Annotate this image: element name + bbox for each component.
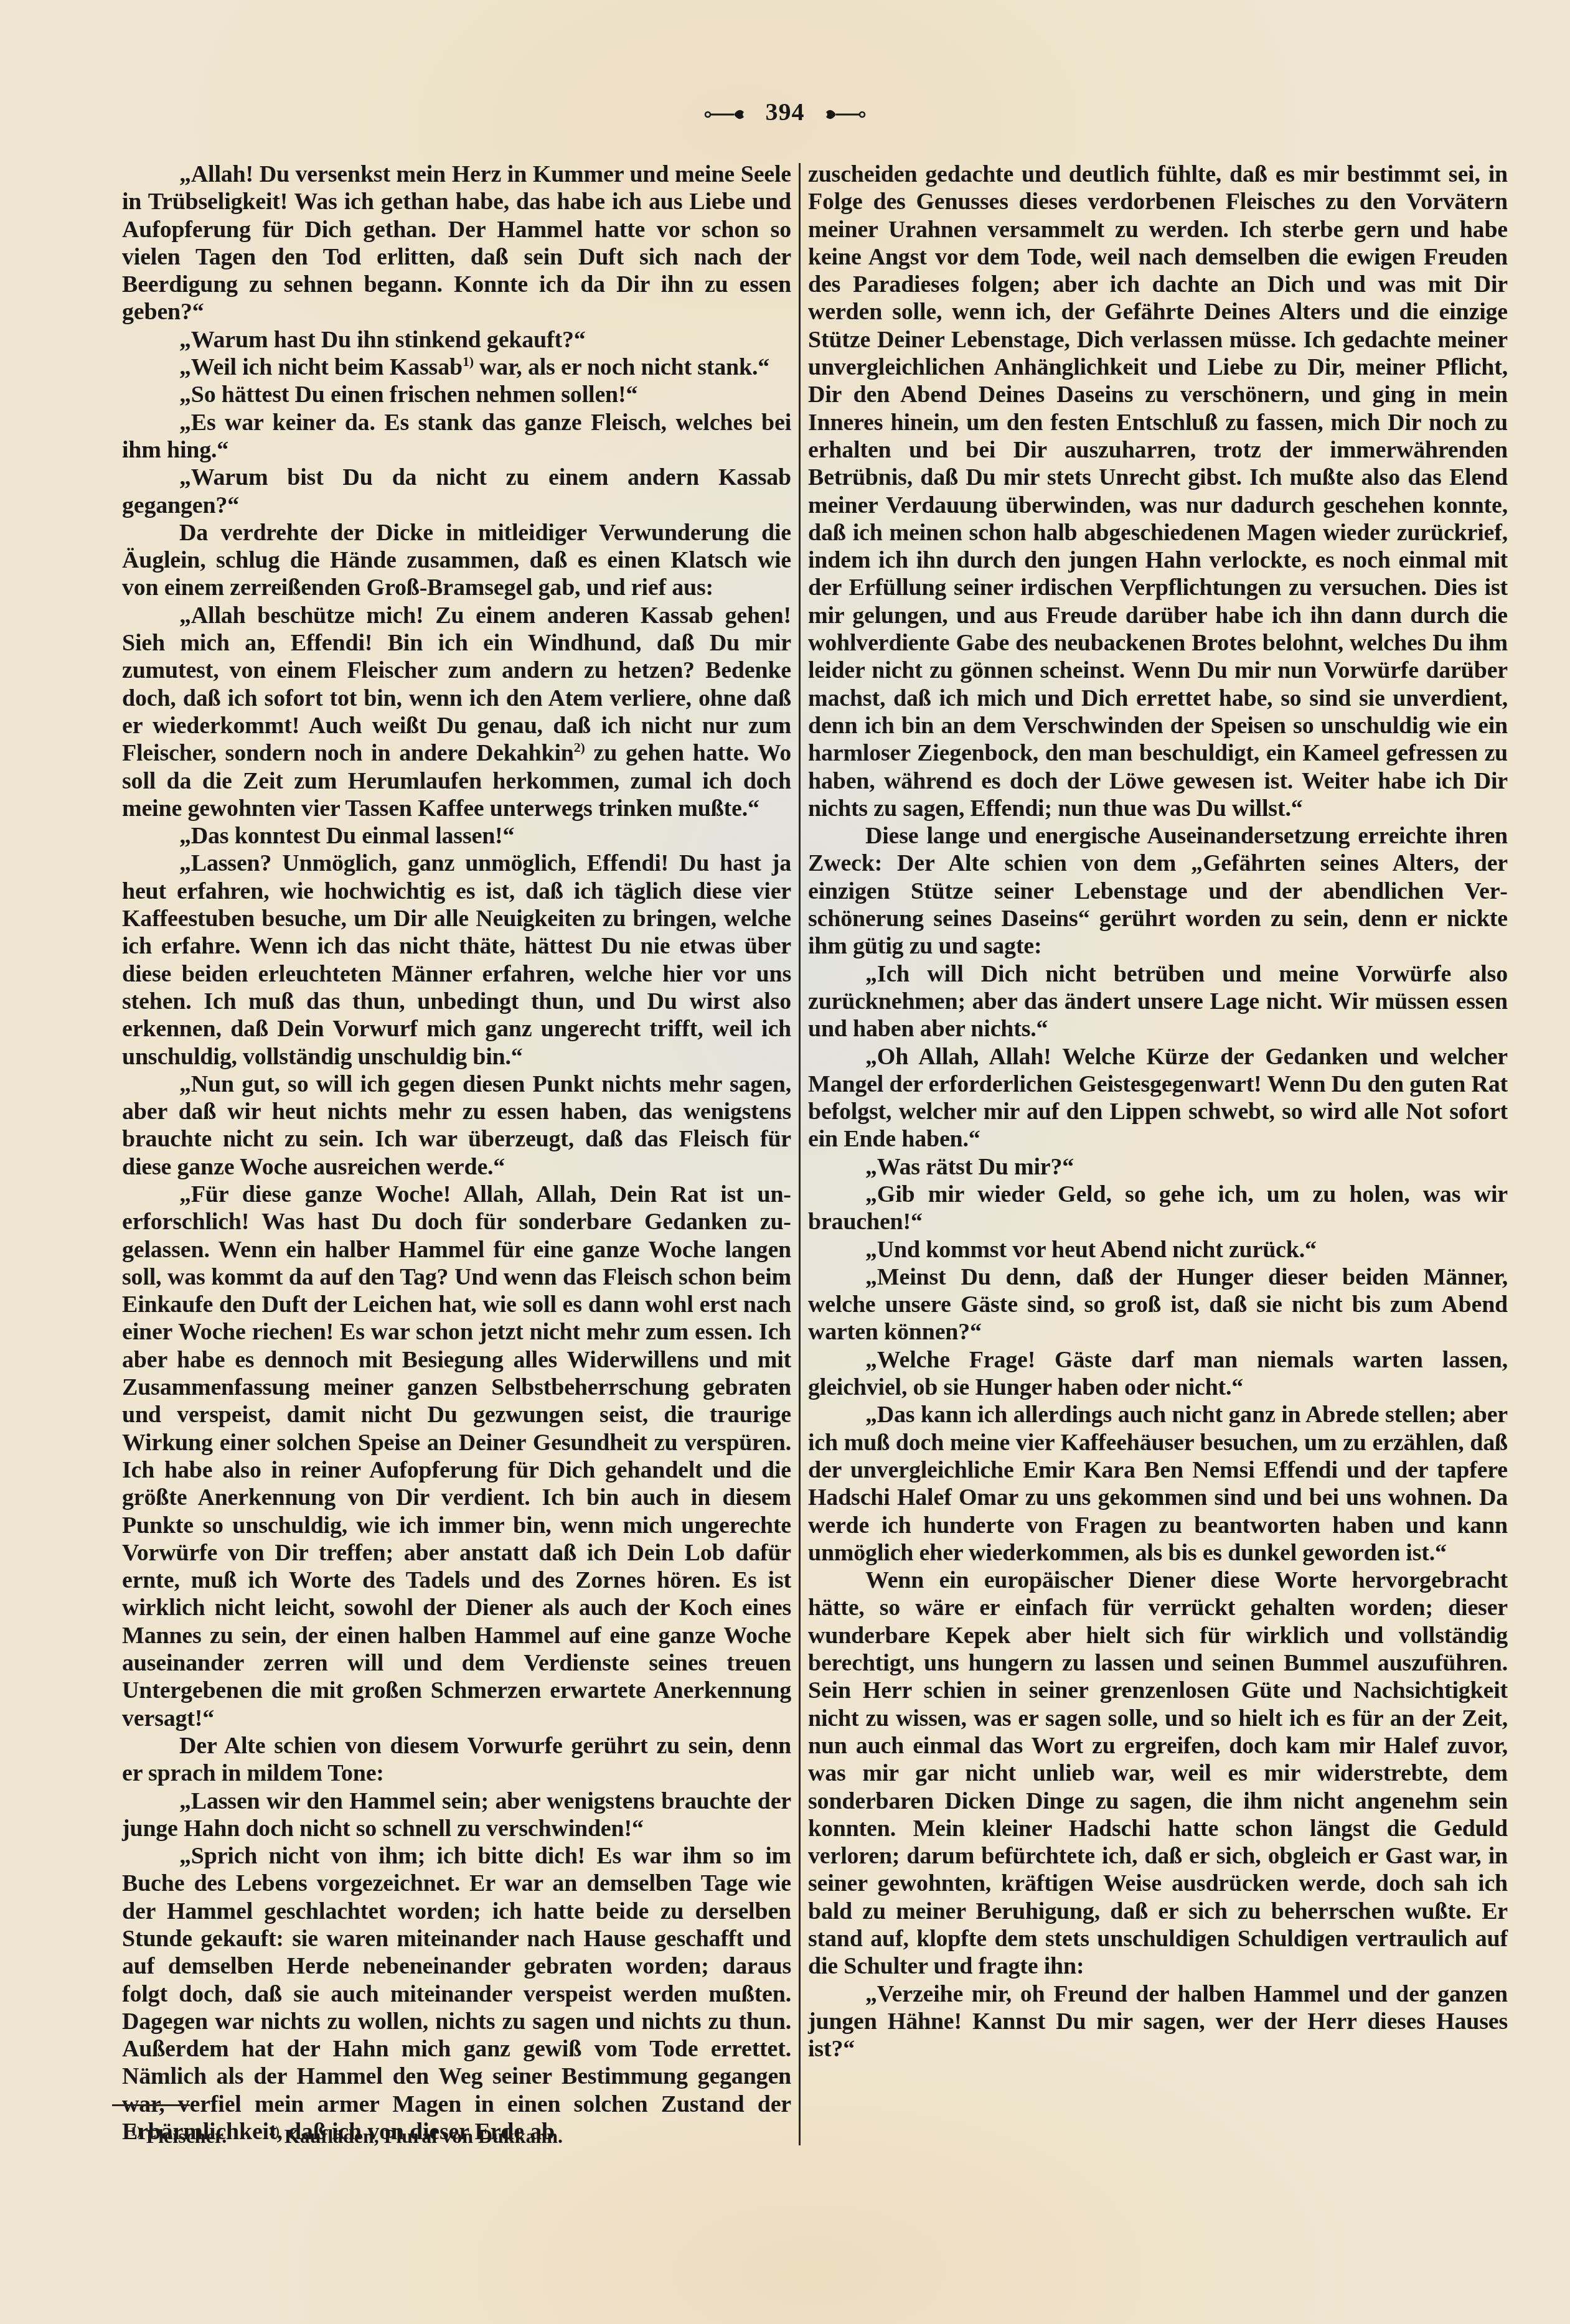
footnotes: 1) Fleischer. 2) Kaufläden, Plural von D… <box>131 2122 600 2150</box>
ornament-right-icon <box>822 95 866 133</box>
paragraph: „Für diese ganze Woche! Allah, Allah, De… <box>122 1181 791 1732</box>
footnote-mark: 2) <box>269 2125 280 2139</box>
paragraph: „Das konntest Du einmal lassen!“ <box>122 822 791 850</box>
paragraph: „Lassen? Unmöglich, ganz unmöglich, Effe… <box>122 850 791 1070</box>
paragraph: „Verzeihe mir, oh Freund der halben Hamm… <box>808 1980 1508 2063</box>
page-header: 394 <box>0 93 1570 133</box>
paragraph-text: war, als er noch nicht stank.“ <box>474 354 769 380</box>
paragraph: „Welche Frage! Gäste darf man niemals wa… <box>808 1346 1508 1402</box>
paragraph: „Warum bist Du da nicht zu einem andern … <box>122 464 791 519</box>
paragraph: „Was rätst Du mir?“ <box>808 1153 1508 1181</box>
paragraph-text: „Weil ich nicht beim Kassab <box>179 354 463 380</box>
ornament-left-icon <box>704 95 748 133</box>
page-number: 394 <box>766 98 805 126</box>
paragraph: „Meinst Du denn, daß der Hunger dieser b… <box>808 1263 1508 1346</box>
footnote-ref-1[interactable]: 1) <box>463 354 474 369</box>
paragraph: „Es war keiner da. Es stank das ganze Fl… <box>122 409 791 464</box>
paragraph: „Sprich nicht von ihm; ich bitte dich! E… <box>122 1842 791 2145</box>
paragraph-continued: zuscheiden gedachte und deutlich fühlte,… <box>808 161 1508 822</box>
paragraph: „Gib mir wieder Geld, so gehe ich, um zu… <box>808 1181 1508 1236</box>
paragraph: „Und kommst vor heut Abend nicht zurück.… <box>808 1236 1508 1263</box>
left-column: „Allah! Du versenkst mein Herz in Kummer… <box>122 161 791 2145</box>
footnote-text: Fleischer. <box>141 2125 227 2147</box>
paragraph: „Allah beschütze mich! Zu einem anderen … <box>122 602 791 822</box>
paragraph: „Oh Allah, Allah! Welche Kürze der Gedan… <box>808 1043 1508 1153</box>
footnote-ref-2[interactable]: 2) <box>574 739 585 755</box>
footnote-divider <box>112 2104 190 2106</box>
paragraph: „Allah! Du versenkst mein Herz in Kummer… <box>122 161 791 326</box>
paragraph: „Warum hast Du ihn stinkend gekauft?“ <box>122 326 791 354</box>
paragraph: Da verdrehte der Dicke in mitleidiger Ve… <box>122 519 791 602</box>
paragraph: „Nun gut, so will ich gegen diesen Punkt… <box>122 1071 791 1181</box>
footnote-text: Kaufläden, Plural von Dukkahn. <box>280 2125 563 2147</box>
paragraph: Diese lange und energische Auseinanderse… <box>808 822 1508 960</box>
right-column: zuscheiden gedachte und deutlich fühlte,… <box>808 161 1508 2063</box>
footnote-1: 1) Fleischer. <box>131 2125 227 2147</box>
paragraph: „Ich will Dich nicht betrüben und meine … <box>808 960 1508 1043</box>
footnote-mark: 1) <box>131 2125 141 2139</box>
paragraph: Wenn ein europäischer Diener diese Worte… <box>808 1567 1508 1980</box>
footnote-2: 2) Kaufläden, Plural von Dukkahn. <box>269 2125 563 2147</box>
paragraph: Der Alte schien von diesem Vorwurfe gerü… <box>122 1732 791 1788</box>
paragraph: „So hättest Du einen frischen nehmen sol… <box>122 381 791 408</box>
paragraph: „Lassen wir den Hammel sein; aber wenigs… <box>122 1788 791 1843</box>
column-divider <box>799 163 801 2145</box>
paragraph: „Das kann ich allerdings auch nicht ganz… <box>808 1401 1508 1567</box>
paragraph: „Weil ich nicht beim Kassab1) war, als e… <box>122 354 791 381</box>
